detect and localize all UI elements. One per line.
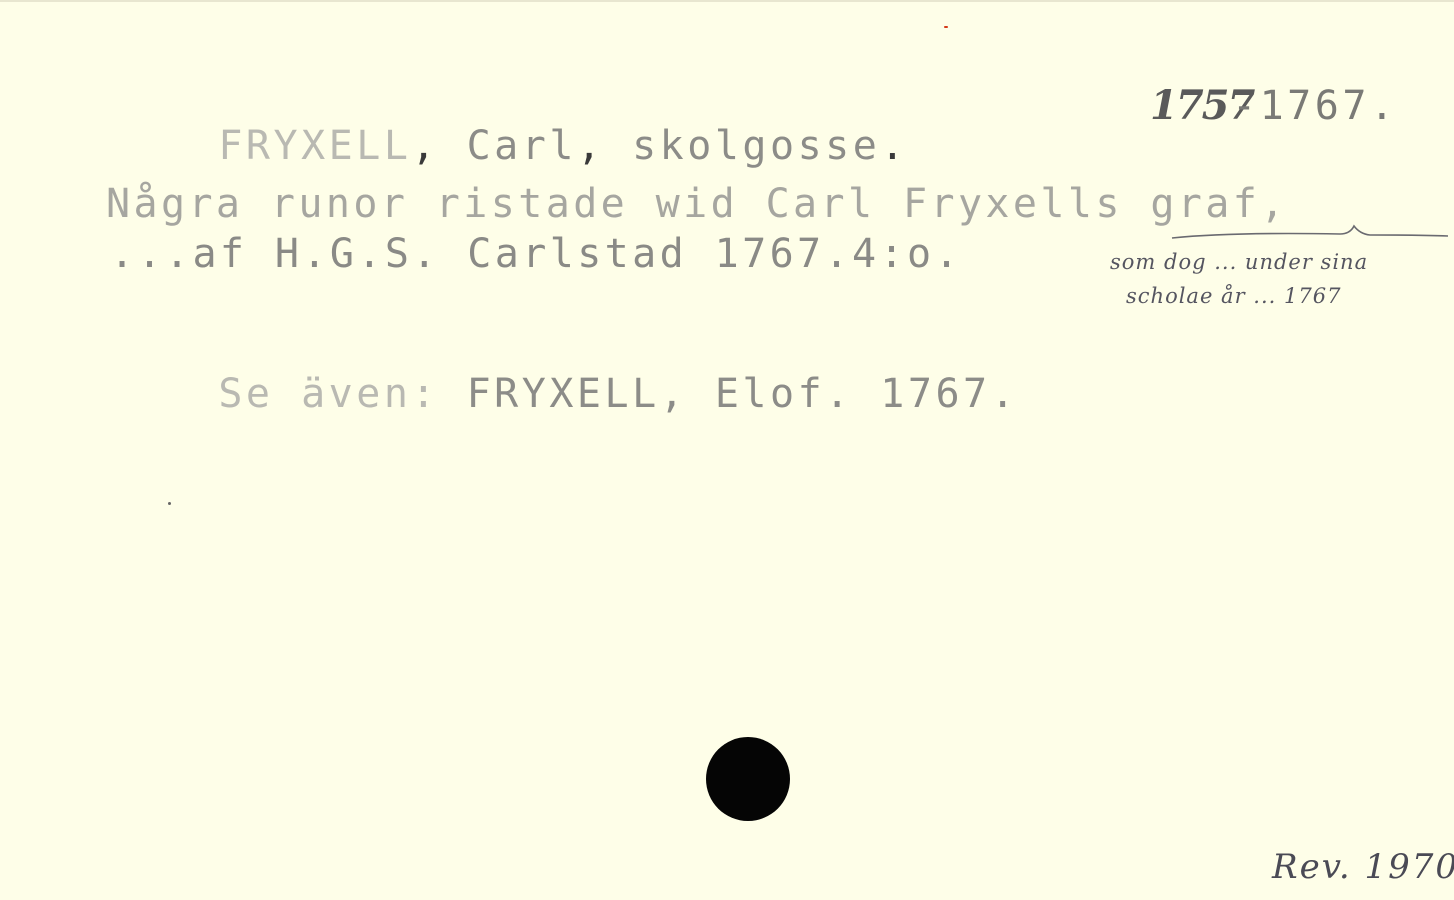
handwritten-annotation-line-1: som dog ... under sina [1110,252,1368,273]
see-also-reference: FRYXELL, Elof. 1767. [467,371,1019,417]
heading-occupation: skolgosse [632,123,880,169]
revision-note: Rev. 1970 [1272,850,1454,884]
red-ink-speck [944,26,948,28]
heading-sep1: , [411,123,466,169]
pencil-dot [168,502,171,505]
handwritten-annotation-line-2: scholae år ... 1767 [1126,286,1341,307]
typed-date-range: -1767. [1232,86,1398,126]
catalog-card: FRYXELL, Carl, skolgosse. 1757 -1767. Nå… [0,0,1454,900]
see-also-label: Se även: [218,371,466,417]
heading-given-name: Carl [467,123,577,169]
heading-sep2: , [577,123,632,169]
see-also: Se även: FRYXELL, Elof. 1767. [108,334,1018,454]
title-line-1: Några runor ristade wid Carl Fryxells gr… [106,184,1288,224]
punch-hole [706,737,790,821]
brace-mark [1170,224,1450,242]
heading-surname: FRYXELL [218,123,411,169]
heading-end: . [880,123,908,169]
title-line-2: ...af H.G.S. Carlstad 1767.4:o. [110,234,962,274]
